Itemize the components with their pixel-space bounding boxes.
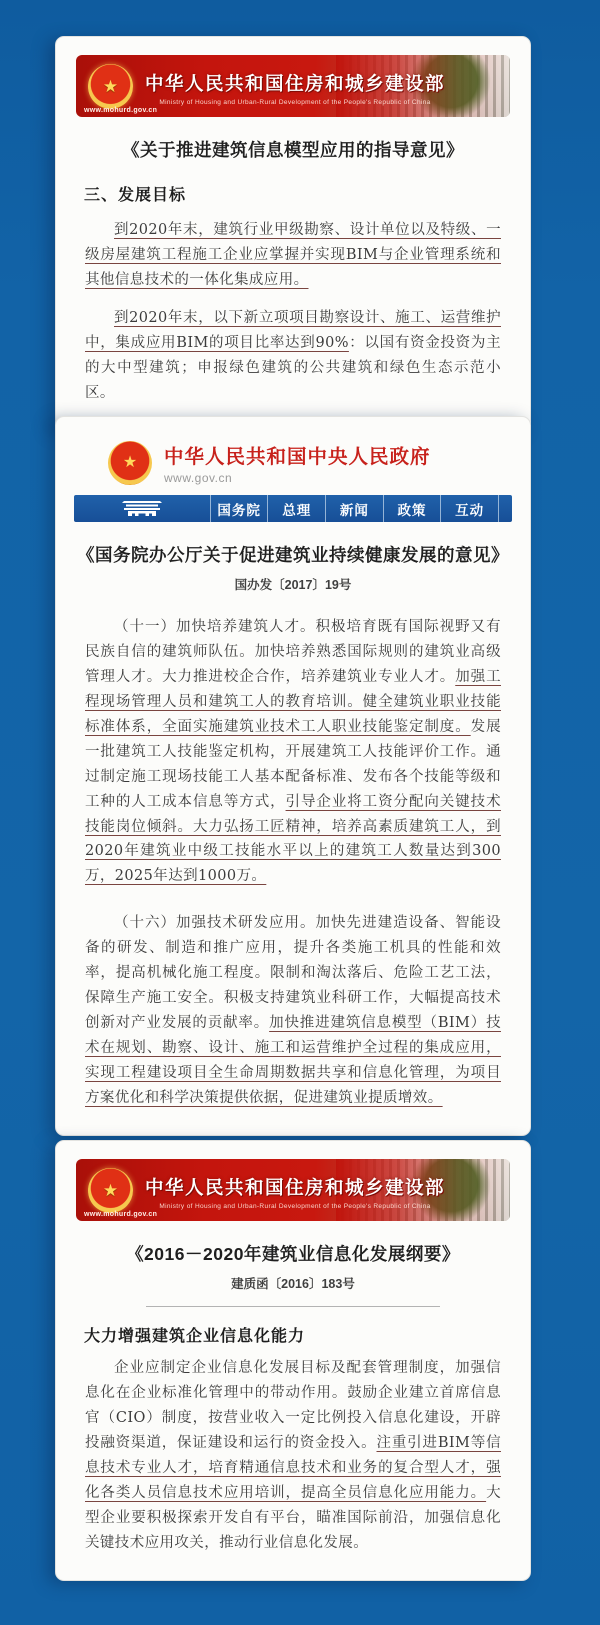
document-card-state-council: ★ 中华人民共和国中央人民政府 www.gov.cn 国务院 总理 新闻 政策 …: [55, 416, 531, 1136]
banner-text-block: 中华人民共和国住房和城乡建设部 Ministry of Housing and …: [145, 1170, 445, 1210]
paragraph-item-11: （十一）加快培养建筑人才。积极培育既有国际视野又有民族自信的建筑师队伍。加快培养…: [56, 615, 530, 889]
mohurd-banner-url: www.mohurd.gov.cn: [84, 1211, 157, 1218]
section-heading-enterprise-informatization: 大力增强建筑企业信息化能力: [56, 1323, 530, 1346]
nav-divider: [498, 495, 512, 522]
nav-item-news[interactable]: 新闻: [325, 495, 383, 522]
doc-number-guobanfa: 国办发〔2017〕19号: [56, 575, 530, 593]
mohurd-banner-subtitle-en: Ministry of Housing and Urban-Rural Deve…: [145, 1203, 445, 1210]
paragraph-item-16: （十六）加强技术研发应用。加快先进建造设备、智能设备的研发、制造和推广应用，提升…: [56, 911, 530, 1111]
paragraph: 企业应制定企业信息化发展目标及配套管理制度，加强信息化在企业标准化管理中的带动作…: [56, 1356, 530, 1556]
nav-item-state-council[interactable]: 国务院: [210, 495, 268, 522]
govcn-site-title: 中华人民共和国中央人民政府: [164, 441, 431, 469]
mohurd-banner-title: 中华人民共和国住房和城乡建设部: [145, 1174, 445, 1200]
doc-title-bim-guidance: 《关于推进建筑信息模型应用的指导意见》: [56, 137, 530, 162]
doc-number-jianzhihan: 建质函〔2016〕183号: [56, 1274, 530, 1292]
doc-title-informatization-outline: 《2016－2020年建筑业信息化发展纲要》: [56, 1241, 530, 1266]
tiananmen-home-icon: [120, 500, 164, 517]
mohurd-site-banner: ★ 中华人民共和国住房和城乡建设部 Ministry of Housing an…: [76, 1159, 510, 1221]
national-emblem-icon: ★: [88, 1168, 133, 1213]
banner-text-block: 中华人民共和国住房和城乡建设部 Ministry of Housing and …: [145, 66, 445, 106]
govcn-site-header: ★ 中华人民共和国中央人民政府 www.gov.cn: [56, 417, 530, 485]
divider-line: [146, 1306, 440, 1307]
mohurd-site-banner: ★ 中华人民共和国住房和城乡建设部 Ministry of Housing an…: [76, 55, 510, 117]
govcn-navbar: 国务院 总理 新闻 政策 互动: [74, 495, 512, 522]
national-emblem-icon: ★: [88, 64, 133, 109]
doc-title-construction-opinion: 《国务院办公厅关于促进建筑业持续健康发展的意见》: [56, 542, 530, 567]
page-background: ★ 中华人民共和国住房和城乡建设部 Ministry of Housing an…: [0, 0, 600, 1625]
nav-item-premier[interactable]: 总理: [267, 495, 325, 522]
star-icon: ★: [103, 78, 118, 95]
nav-item-policy[interactable]: 政策: [383, 495, 441, 522]
star-icon: ★: [123, 455, 137, 471]
document-card-informatization-outline: ★ 中华人民共和国住房和城乡建设部 Ministry of Housing an…: [55, 1140, 531, 1581]
paragraph: 到2020年末，建筑行业甲级勘察、设计单位以及特级、一级房屋建筑工程施工企业应掌…: [56, 218, 530, 293]
national-emblem-icon: ★: [108, 441, 152, 485]
mohurd-banner-url: www.mohurd.gov.cn: [84, 107, 157, 114]
govcn-site-url: www.gov.cn: [164, 471, 431, 485]
document-card-mohurd-bim: ★ 中华人民共和国住房和城乡建设部 Ministry of Housing an…: [55, 36, 531, 431]
mohurd-banner-title: 中华人民共和国住房和城乡建设部: [145, 70, 445, 96]
nav-item-interaction[interactable]: 互动: [440, 495, 498, 522]
paragraph: 到2020年末，以下新立项项目勘察设计、施工、运营维护中，集成应用BIM的项目比…: [56, 306, 530, 406]
mohurd-banner-subtitle-en: Ministry of Housing and Urban-Rural Deve…: [145, 99, 445, 106]
star-icon: ★: [103, 1182, 118, 1199]
section-heading-development-goals: 三、发展目标: [56, 182, 530, 205]
nav-home-tab[interactable]: [74, 495, 210, 522]
